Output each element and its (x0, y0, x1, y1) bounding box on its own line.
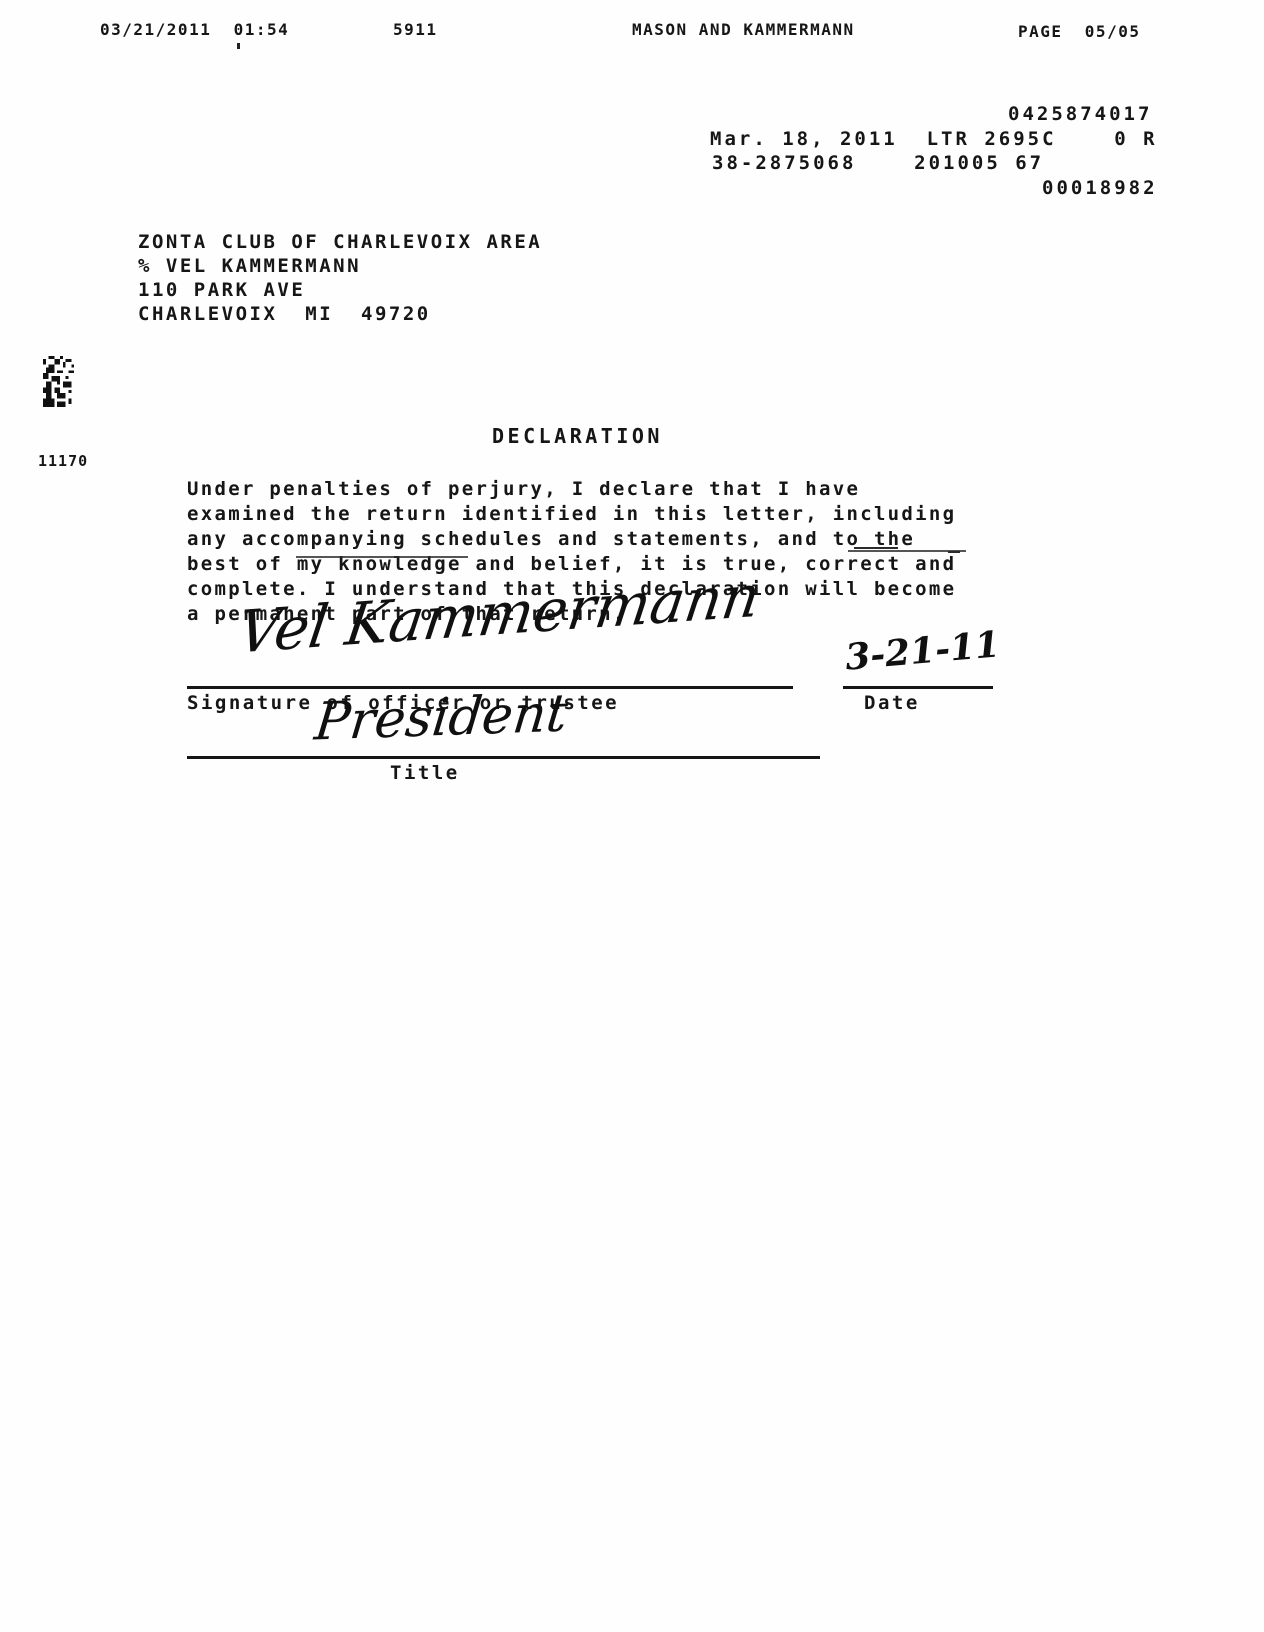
fax-sender-name: MASON AND KAMMERMANN (632, 20, 855, 39)
recipient-care-of: % VEL KAMMERMANN (138, 254, 361, 278)
fax-artifact-line (854, 547, 898, 549)
recipient-street: 110 PARK AVE (138, 278, 305, 302)
fax-speck (237, 43, 240, 49)
recipient-name: ZONTA CLUB OF CHARLEVOIX AREA (138, 230, 542, 254)
declaration-line: Under penalties of perjury, I declare th… (187, 477, 860, 502)
date-handwriting: 3-21-11 (843, 623, 1001, 678)
fax-artifact-line (296, 556, 468, 558)
recipient-city-state-zip: CHARLEVOIX MI 49720 (138, 302, 431, 326)
control-number: 0425874017 (1008, 103, 1152, 125)
fax-station-id: 5911 (393, 20, 438, 39)
fax-datetime: 03/21/2011 01:54 (100, 20, 289, 39)
declaration-line: any accompanying schedules and statement… (187, 527, 915, 552)
fax-document-page: 03/21/2011 01:54 5911 MASON AND KAMMERMA… (0, 0, 1264, 1632)
declaration-title: DECLARATION (492, 424, 663, 448)
title-handwriting: President (312, 683, 571, 752)
fax-artifact-line (848, 550, 966, 552)
date-caption: Date (864, 692, 920, 714)
form-code-label: 11170 (38, 452, 88, 470)
date-line (843, 686, 993, 689)
sequence-number: 00018982 (1042, 177, 1158, 199)
fax-page-number: PAGE 05/05 (1018, 22, 1140, 41)
ein-tax-period-line: 38-2875068 201005 67 (712, 152, 1044, 174)
datamatrix-barcode-icon (43, 354, 77, 412)
letter-date-code-line: Mar. 18, 2011 LTR 2695C 0 R (710, 128, 1158, 150)
declaration-line: examined the return identified in this l… (187, 502, 956, 527)
title-caption: Title (390, 762, 460, 784)
title-line (187, 756, 820, 759)
